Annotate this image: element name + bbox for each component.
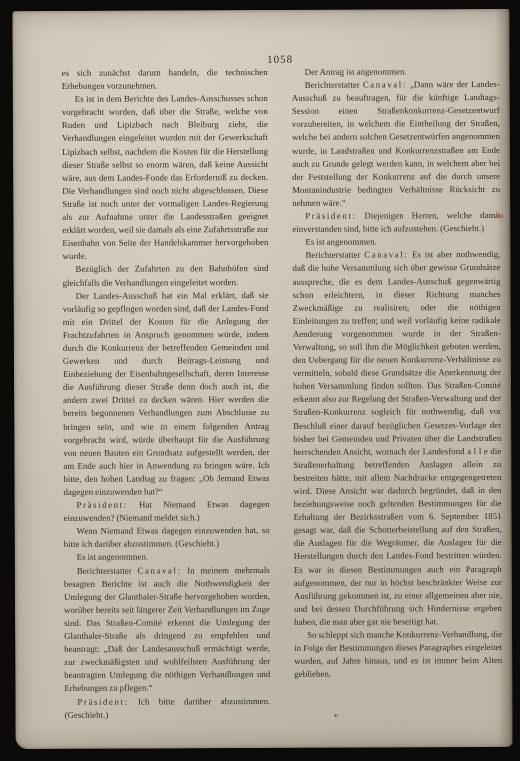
book-page: 1058 es sich zunächst darum handeln, die…	[12, 9, 512, 749]
paragraph: Es ist angenommen.	[64, 550, 270, 564]
paragraph: Es ist angenommen.	[292, 235, 500, 249]
speaker-name: Canaval:	[138, 565, 182, 575]
paragraph-pre: So schleppt sich manche Konkurrenz-Verha…	[294, 629, 502, 679]
paragraph: es sich zunächst darum handeln, die tech…	[62, 66, 268, 93]
paragraph: Präsident: Diejenigen Herren, welche dam…	[292, 209, 500, 236]
paragraph-rest: In meinem mehrmals besagten Berichte ist…	[64, 565, 270, 694]
paragraph: Berichterstatter Canaval: Es ist aber no…	[292, 248, 502, 629]
paragraph: Bezüglich der Zufahrten zu den Bahnhöfen…	[62, 262, 268, 289]
paragraph: Berichterstatter Canaval: In meinem mehr…	[64, 564, 271, 696]
speaker-name: Canaval:	[364, 250, 408, 260]
paragraph-pre: Es ist angenommen.	[77, 552, 148, 562]
paragraph: Wenn Niemand Etwas dagegen einzuwenden h…	[64, 524, 270, 551]
paragraph-rest: Es ist aber nothwendig, daß die hohe Ver…	[292, 249, 502, 627]
scanned-document-screenshot: { "page": { "number": "1058", "paper_col…	[0, 0, 520, 761]
footnote-asterisk: *	[333, 712, 338, 722]
right-text-column: Der Antrag ist angenommen. Berichterstat…	[292, 65, 503, 726]
paragraph: Präsident: Ich bitte darüber abzustimmen…	[64, 694, 270, 721]
paragraph-pre: es sich zunächst darum handeln, die tech…	[62, 67, 268, 91]
paragraph: So schleppt sich manche Konkurrenz-Verha…	[294, 628, 502, 681]
paragraph: Präsident: Hat Niemand Etwas dagegen ein…	[64, 498, 270, 525]
speaker-name: Präsident:	[305, 211, 356, 221]
paragraph-pre: Wenn Niemand Etwas dagegen einzuwenden h…	[64, 525, 270, 549]
paragraph-pre: Berichterstatter	[305, 80, 363, 90]
paragraph-pre: Bezüglich der Zufahrten zu den Bahnhöfen…	[63, 263, 269, 287]
paragraph-pre: Berichterstatter	[305, 250, 364, 260]
paragraph: Der Antrag ist angenommen.	[292, 65, 500, 79]
speaker-name: Präsident:	[77, 500, 128, 510]
paragraph-pre: Es ist in dem Berichte des Landes-Aussch…	[62, 93, 269, 261]
paragraph-pre: Berichterstatter	[77, 565, 138, 575]
speaker-name: Canaval:	[363, 79, 407, 89]
paragraph: Berichterstatter Canaval: „Dann wäre der…	[292, 78, 501, 210]
paragraph: Es ist in dem Berichte des Landes-Aussch…	[62, 92, 269, 263]
margin-mark	[494, 215, 503, 219]
paragraph-pre: Es ist angenommen.	[305, 237, 376, 247]
left-text-column: es sich zunächst darum handeln, die tech…	[62, 66, 271, 707]
paragraph-rest: „Dann wäre der Landes-Ausschuß zu beauft…	[292, 79, 500, 208]
paragraph: Der Landes-Ausschuß hat ein Mal erklärt,…	[63, 289, 270, 499]
paragraph-pre: Der Landes-Ausschuß hat ein Mal erklärt,…	[63, 290, 270, 497]
paragraph-pre: Der Antrag ist angenommen.	[305, 66, 407, 76]
speaker-name: Präsident:	[77, 696, 128, 706]
